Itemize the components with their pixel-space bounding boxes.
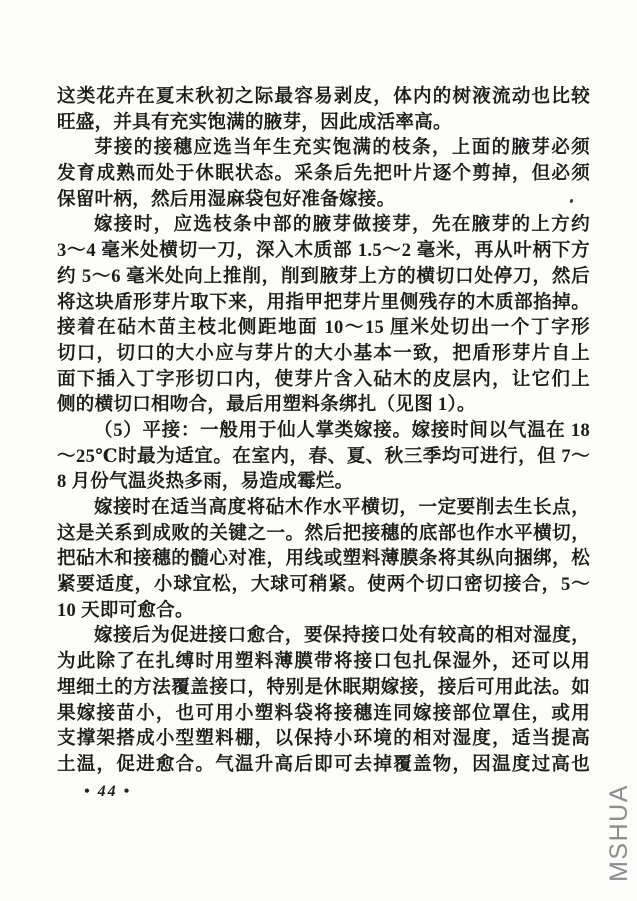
text-line: ～25℃时最为适宜。在室内，春、夏、秋三季均可进行，但 7～ (57, 445, 590, 471)
text-line: 果嫁接苗小，也可用小塑料袋将接穗连同嫁接部位罩住，或用 (57, 702, 590, 728)
text-line: 埋细土的方法覆盖接口，特别是休眠期嫁接，接后可用此法。如 (57, 676, 590, 702)
text-line: 这类花卉在夏末秋初之际最容易剥皮，体内的树液流动也比较 (57, 85, 590, 111)
text-line: 8 月份气温炎热多雨，易造成霉烂。 (57, 470, 590, 496)
body-text: 这类花卉在夏末秋初之际最容易剥皮，体内的树液流动也比较 旺盛，并具有充实饱满的腋… (57, 85, 590, 779)
text-line: 切口，切口的大小应与芽片的大小基本一致，把盾形芽片自上 (57, 342, 590, 368)
text-line: 嫁接时在适当高度将砧木作水平横切，一定要削去生长点， (57, 496, 590, 522)
page-number: • 44 • (84, 783, 131, 801)
text-line: 侧的横切口相吻合，最后用塑料条绑扎（见图 1）。 (57, 393, 590, 419)
text-line: 将这块盾形芽片取下来，用指甲把芽片里侧残存的木质部掐掉。 (57, 291, 590, 317)
text-line: 这是关系到成败的关键之一。然后把接穗的底部也作水平横切， (57, 522, 590, 548)
text-line: 土温，促进愈合。气温升高后即可去掉覆盖物，因温度过高也 (57, 753, 590, 779)
text-line: 约 5～6 毫米处向上推削，削到腋芽上方的横切口处停刀，然后 (57, 265, 590, 291)
text-line: 3～4 毫米处横切一刀，深入木质部 1.5～2 毫米，再从叶柄下方 (57, 239, 590, 265)
text-line: 支撑架搭成小型塑料棚，以保持小环境的相对湿度，适当提高 (57, 727, 590, 753)
text-line: 接着在砧木苗主枝北侧距地面 10～15 厘米处切出一个丁字形 (57, 316, 590, 342)
text-line: 嫁接后为促进接口愈合，要保持接口处有较高的相对湿度， (57, 624, 590, 650)
text-line: 发育成熟而处于休眠状态。采条后先把叶片逐个剪掉，但必须 (57, 162, 590, 188)
text-line: 面下插入丁字形切口内，使芽片含入砧木的皮层内，让它们上 (57, 368, 590, 394)
text-line: 保留叶柄，然后用湿麻袋包好准备嫁接。 (57, 188, 590, 214)
text-line: 紧要适度，小球宜松，大球可稍紧。使两个切口密切接合，5～ (57, 573, 590, 599)
text-line: 嫁接时，应选枝条中部的腋芽做接芽，先在腋芽的上方约 (57, 213, 590, 239)
text-line: 把砧木和接穗的髓心对准，用线或塑料薄膜条将其纵向捆绑，松 (57, 547, 590, 573)
text-line: 旺盛，并具有充实饱满的腋芽，因此成活率高。 (57, 111, 590, 137)
book-page: 这类花卉在夏末秋初之际最容易剥皮，体内的树液流动也比较 旺盛，并具有充实饱满的腋… (0, 0, 637, 901)
text-line: 10 天即可愈合。 (57, 599, 590, 625)
text-line: （5）平接：一般用于仙人掌类嫁接。嫁接时间以气温在 18 (57, 419, 590, 445)
text-line: 芽接的接穗应选当年生充实饱满的枝条，上面的腋芽必须 (57, 136, 590, 162)
watermark-text: MSHUA (606, 781, 632, 885)
text-line: 为此除了在扎缚时用塑料薄膜带将接口包扎保湿外，还可以用 (57, 650, 590, 676)
